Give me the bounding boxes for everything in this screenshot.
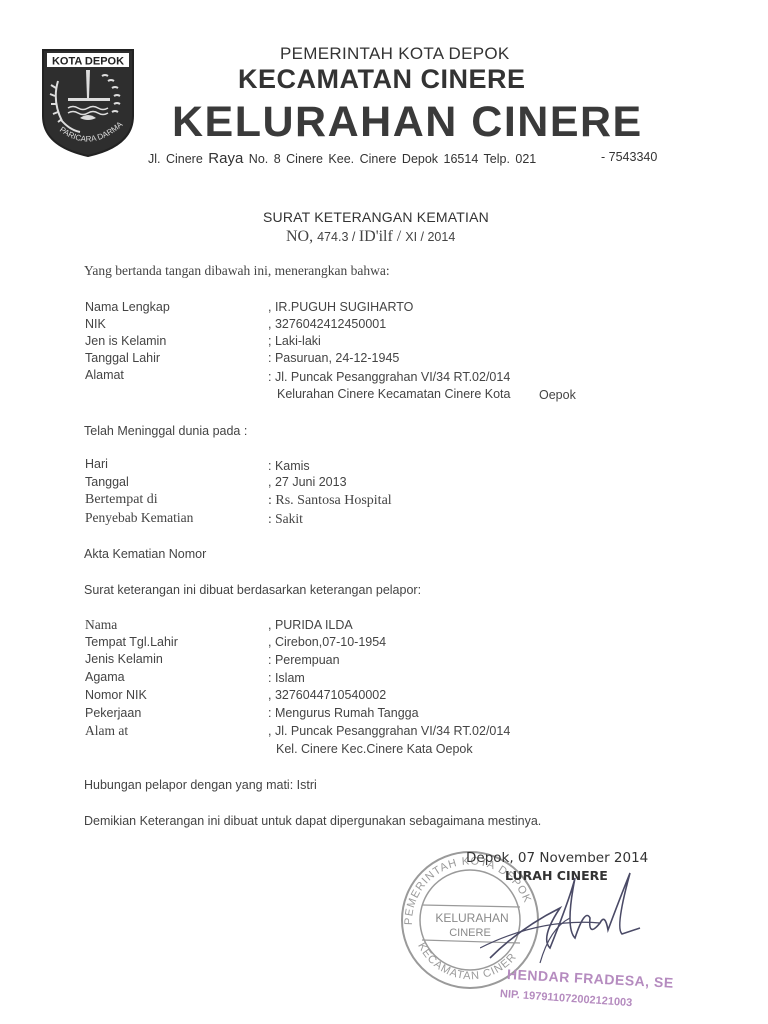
kota-depok-emblem: KOTA DEPOK PARICARA DARMA (40, 46, 136, 158)
reporter-label-nik: Nomor NIK (85, 688, 147, 702)
reporter-intro: Surat keterangan ini dibuat berdasarkan … (84, 583, 421, 597)
reporter-label-job: Pekerjaan (85, 706, 141, 720)
deceased-label-gender: Jen is Kelamin (85, 334, 166, 348)
handwritten-signature (480, 868, 650, 978)
deceased-value-nik: , 3276042412450001 (268, 317, 386, 331)
deceased-address-city: Oepok (539, 388, 576, 402)
header-phone: - 7543340 (601, 150, 657, 164)
official-nip: NIP. 197911072002121003 (500, 988, 633, 1009)
header-kecamatan: KECAMATAN CINERE (238, 64, 526, 95)
death-label-day: Hari (85, 457, 108, 471)
deceased-address-line2: Kelurahan Cinere Kecamatan Cinere Kota (277, 387, 510, 401)
header-government: PEMERINTAH KOTA DEPOK (280, 44, 510, 64)
relation-text: Hubungan pelapor dengan yang mati: Istri (84, 778, 317, 792)
emblem-banner-text: KOTA DEPOK (52, 56, 124, 68)
death-value-place: : Rs. Santosa Hospital (268, 493, 392, 509)
document-number: NO, 474.3 / ID'ilf / XI / 2014 (286, 228, 455, 246)
deceased-value-address: : Jl. Puncak Pesanggrahan VI/34 RT.02/01… (268, 370, 510, 384)
reporter-value-nik: , 3276044710540002 (268, 688, 386, 702)
header-kelurahan: KELURAHAN CINERE (172, 98, 643, 147)
signing-place-date: Depok, 07 November 2014 (466, 850, 648, 866)
reporter-value-address: , Jl. Puncak Pesanggrahan VI/34 RT.02/01… (268, 724, 510, 738)
reporter-label-gender: Jenis Kelamin (85, 652, 163, 666)
reporter-value-religion: : Islam (268, 671, 305, 685)
deceased-label-nik: NIK (85, 317, 106, 331)
deceased-label-birth: Tanggal Lahir (85, 351, 160, 365)
death-intro: Telah Meninggal dunia pada : (84, 424, 247, 438)
intro-text: Yang bertanda tangan dibawah ini, menera… (84, 263, 390, 279)
reporter-value-name: , PURIDA ILDA (268, 618, 353, 632)
death-label-date: Tanggal (85, 475, 129, 489)
header-address: Jl. Cinere Raya No. 8 Cinere Kee. Cinere… (148, 150, 536, 167)
closing-text: Demikian Keterangan ini dibuat untuk dap… (84, 814, 541, 828)
death-label-place: Bertempat di (85, 492, 158, 508)
document-title: SURAT KETERANGAN KEMATIAN (263, 209, 489, 225)
akta-label: Akta Kematian Nomor (84, 547, 206, 561)
death-label-cause: Penyebab Kematian (85, 510, 193, 526)
deceased-label-name: Nama Lengkap (85, 300, 170, 314)
reporter-label-name: Nama (85, 617, 117, 633)
reporter-label-address: Alam at (85, 723, 128, 739)
reporter-label-religion: Agama (85, 670, 125, 684)
deceased-value-gender: ; Laki-laki (268, 334, 321, 348)
reporter-value-birth: , Cirebon,07-10-1954 (268, 635, 386, 649)
deceased-value-name: , IR.PUGUH SUGIHARTO (268, 300, 413, 314)
reporter-value-job: : Mengurus Rumah Tangga (268, 706, 419, 720)
death-value-day: : Kamis (268, 459, 310, 473)
deceased-label-address: Alamat (85, 368, 124, 382)
death-value-cause: : Sakit (268, 511, 303, 527)
reporter-label-birth: Tempat Tgl.Lahir (85, 635, 178, 649)
reporter-value-gender: : Perempuan (268, 653, 340, 667)
deceased-value-birth: : Pasuruan, 24-12-1945 (268, 351, 399, 365)
death-value-date: , 27 Juni 2013 (268, 475, 347, 489)
reporter-address-line2: Kel. Cinere Kec.Cinere Kata Oepok (276, 742, 473, 756)
